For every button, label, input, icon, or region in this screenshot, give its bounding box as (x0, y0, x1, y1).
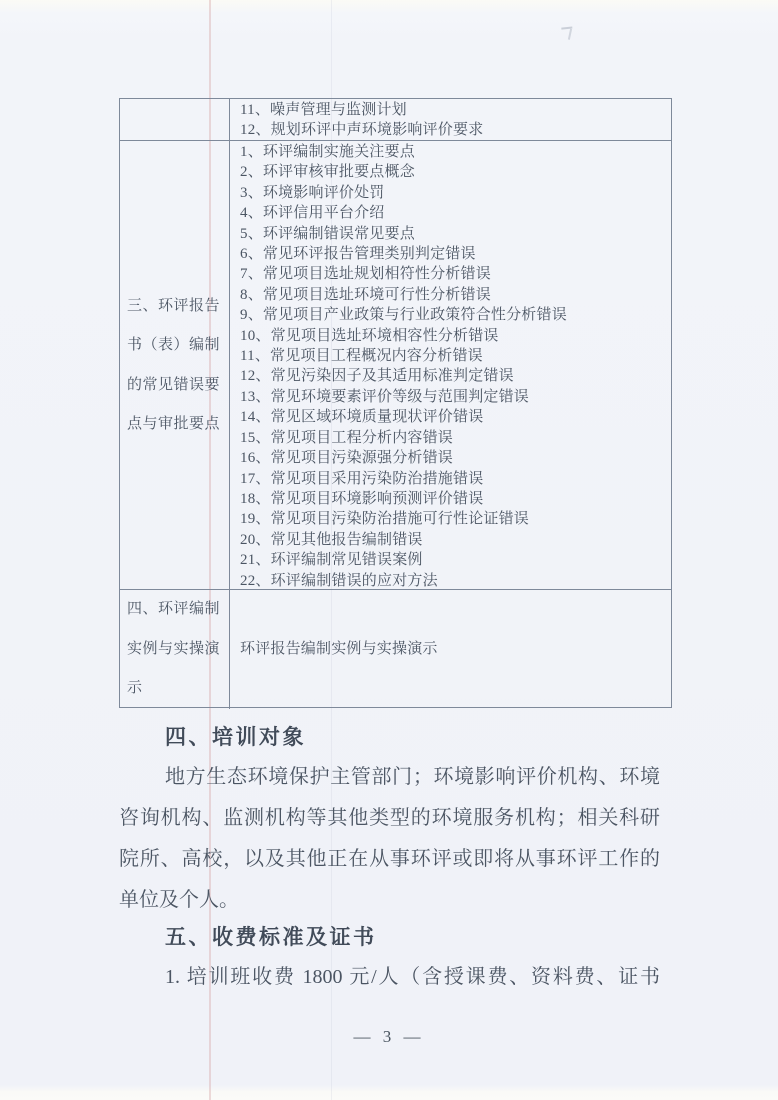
course-item: 21、环评编制常见错误案例 (240, 550, 671, 570)
body-line: 院所、高校，以及其他正在从事环评或即将从事环评工作的 (119, 839, 660, 880)
course-item: 1、环评编制实施关注要点 (240, 142, 671, 162)
table-row-common-errors: 三、环评报告书（表）编制的常见错误要点与审批要点 1、环评编制实施关注要点2、环… (120, 140, 671, 589)
scan-smudge-mark (561, 26, 574, 42)
fee-paragraph: 1. 培训班收费 1800 元/人（含授课费、资料费、证书 (119, 957, 660, 998)
course-item: 14、常见区域环境质量现状评价错误 (240, 407, 671, 427)
course-item: 3、环境影响评价处罚 (240, 183, 671, 203)
body-line: 咨询机构、监测机构等其他类型的环境服务机构；相关科研 (119, 798, 660, 839)
row-label-line: 的常见错误要 (127, 366, 229, 406)
course-item: 17、常见项目采用污染防治措施错误 (240, 469, 671, 489)
row-label-line: 三、环评报告 (127, 287, 229, 327)
course-item: 18、常见项目环境影响预测评价错误 (240, 489, 671, 509)
row-content-cell: 环评报告编制实例与实操演示 (230, 590, 671, 709)
body-line: 地方生态环境保护主管部门；环境影响评价机构、环境 (119, 757, 660, 798)
course-item: 11、噪声管理与监测计划 (240, 100, 671, 120)
section-heading-fees-certificate: 五、收费标准及证书 (165, 922, 665, 952)
row-label-line: 实例与实操演 (127, 630, 229, 670)
course-item: 19、常见项目污染防治措施可行性论证错误 (240, 509, 671, 529)
row-content-cell: 1、环评编制实施关注要点2、环评审核审批要点概念3、环境影响评价处罚4、环评信用… (230, 141, 671, 591)
page-number: — 3 — (0, 1022, 778, 1052)
scanned-document-page: 11、噪声管理与监测计划12、规划环评中声环境影响评价要求 三、环评报告书（表）… (0, 0, 778, 1100)
section-heading-training-targets: 四、培训对象 (165, 722, 665, 752)
body-line: 单位及个人。 (119, 880, 660, 921)
row-label-line: 点与审批要点 (127, 405, 229, 445)
course-item: 13、常见环境要素评价等级与范围判定错误 (240, 387, 671, 407)
course-item: 15、常见项目工程分析内容错误 (240, 428, 671, 448)
course-item: 6、常见环评报告管理类别判定错误 (240, 244, 671, 264)
row-label-cell: 三、环评报告书（表）编制的常见错误要点与审批要点 (120, 141, 230, 591)
course-item: 10、常见项目选址环境相容性分析错误 (240, 326, 671, 346)
course-item: 8、常见项目选址环境可行性分析错误 (240, 285, 671, 305)
body-line: 1. 培训班收费 1800 元/人（含授课费、资料费、证书 (119, 957, 660, 998)
row-label-cell-empty (120, 99, 230, 141)
course-item: 16、常见项目污染源强分析错误 (240, 448, 671, 468)
table-row-practical-demo: 四、环评编制实例与实操演示 环评报告编制实例与实操演示 (120, 589, 671, 707)
course-item: 7、常见项目选址规划相符性分析错误 (240, 264, 671, 284)
course-item: 12、常见污染因子及其适用标准判定错误 (240, 366, 671, 386)
course-item: 2、环评审核审批要点概念 (240, 162, 671, 182)
course-item: 9、常见项目产业政策与行业政策符合性分析错误 (240, 305, 671, 325)
course-item: 22、环评编制错误的应对方法 (240, 571, 671, 591)
course-outline-table: 11、噪声管理与监测计划12、规划环评中声环境影响评价要求 三、环评报告书（表）… (119, 98, 672, 708)
course-item: 4、环评信用平台介绍 (240, 203, 671, 223)
course-item: 20、常见其他报告编制错误 (240, 530, 671, 550)
course-item: 12、规划环评中声环境影响评价要求 (240, 120, 671, 140)
course-item: 11、常见项目工程概况内容分析错误 (240, 346, 671, 366)
row-label-line: 四、环评编制 (127, 590, 229, 630)
row-content-cell: 11、噪声管理与监测计划12、规划环评中声环境影响评价要求 (230, 99, 671, 141)
row-label-line: 示 (127, 669, 229, 709)
row-label-cell: 四、环评编制实例与实操演示 (120, 590, 230, 709)
training-targets-paragraph: 地方生态环境保护主管部门；环境影响评价机构、环境 咨询机构、监测机构等其他类型的… (119, 757, 660, 921)
table-row-continuation: 11、噪声管理与监测计划12、规划环评中声环境影响评价要求 (120, 99, 671, 140)
course-item: 环评报告编制实例与实操演示 (240, 639, 671, 659)
course-item: 5、环评编制错误常见要点 (240, 224, 671, 244)
row-label-line: 书（表）编制 (127, 326, 229, 366)
